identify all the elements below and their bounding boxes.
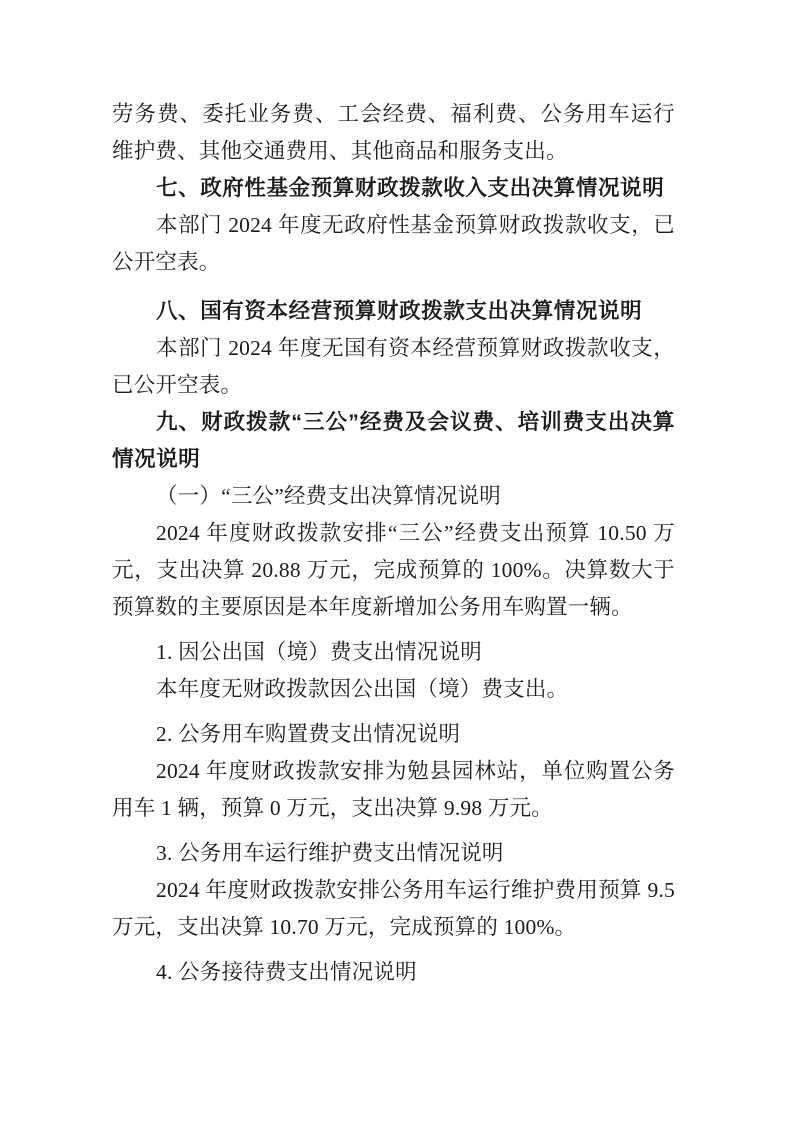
paragraph-section-7-body: 本部门 2024 年度无政府性基金预算财政拨款收支，已公开空表。 (112, 207, 675, 281)
item-2-vehicle-purchase-expense-title: 2. 公务用车购置费支出情况说明 (112, 716, 675, 753)
document-page: 劳务费、委托业务费、工会经费、福利费、公务用车运行维护费、其他交通费用、其他商品… (0, 0, 793, 1122)
item-3-vehicle-maintenance-expense-title: 3. 公务用车运行维护费支出情况说明 (112, 835, 675, 872)
paragraph-other-expense-categories: 劳务费、委托业务费、工会经费、福利费、公务用车运行维护费、其他交通费用、其他商品… (112, 96, 675, 170)
paragraph-vehicle-maintenance-expense-body: 2024 年度财政拨款安排公务用车运行维护费用预算 9.5 万元，支出决算 10… (112, 872, 675, 946)
paragraph-three-public-expense-summary: 2024 年度财政拨款安排“三公”经费支出预算 10.50 万元，支出决算 20… (112, 515, 675, 626)
paragraph-vehicle-purchase-expense-body: 2024 年度财政拨款安排为勉县园林站，单位购置公务用车 1 辆，预算 0 万元… (112, 753, 675, 827)
heading-section-9-three-public-expenses: 九、财政拨款“三公”经费及会议费、培训费支出决算情况说明 (112, 404, 675, 478)
item-4-official-reception-expense-title: 4. 公务接待费支出情况说明 (112, 954, 675, 991)
subheading-three-public-expense-settlement: （一）“三公”经费支出决算情况说明 (112, 478, 675, 515)
heading-section-7-government-fund-budget: 七、政府性基金预算财政拨款收入支出决算情况说明 (112, 170, 675, 207)
item-1-overseas-travel-expense-title: 1. 因公出国（境）费支出情况说明 (112, 634, 675, 671)
paragraph-section-8-body: 本部门 2024 年度无国有资本经营预算财政拨款收支，已公开空表。 (112, 330, 675, 404)
paragraph-overseas-travel-expense-body: 本年度无财政拨款因公出国（境）费支出。 (112, 671, 675, 708)
heading-section-8-state-capital-budget: 八、国有资本经营预算财政拨款支出决算情况说明 (112, 293, 675, 330)
